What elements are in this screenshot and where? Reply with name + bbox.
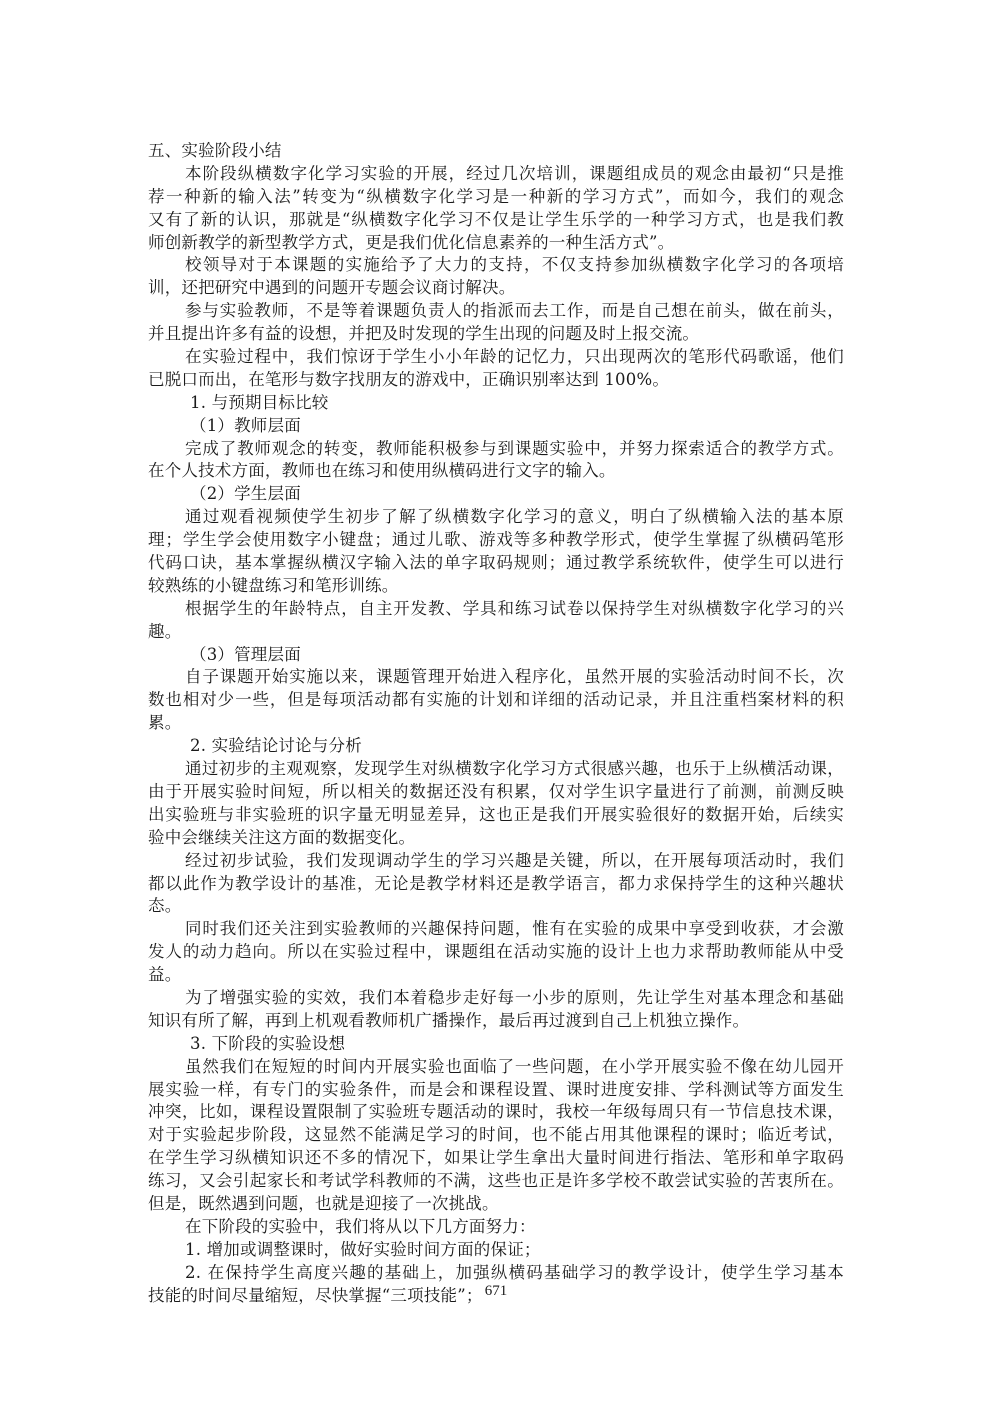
paragraph: 根据学生的年龄特点，自主开发教、学具和练习试卷以保持学生对纵横数字化学习的兴趣。 (148, 598, 844, 644)
text-line: 训，还把研究中遇到的问题开专题会议商讨解决。 (148, 277, 844, 300)
text-line: 验中会继续关注这方面的数据变化。 (148, 827, 844, 850)
list-item: 1. 增加或调整课时，做好实验时间方面的保证； (148, 1239, 844, 1262)
text-line: 已脱口而出，在笔形与数字找朋友的游戏中，正确识别率达到 100%。 (148, 369, 844, 392)
text-line: 但是，既然遇到问题，也就是迎接了一次挑战。 (148, 1193, 844, 1216)
text-line: 出实验班与非实验班的识字量无明显差异，这也正是我们开展实验很好的数据开始，后续实 (148, 804, 844, 827)
subsection-heading: 1. 与预期目标比较 (148, 392, 844, 415)
text-line: 在实验过程中，我们惊讶于学生小小年龄的记忆力，只出现两次的笔形代码歌谣，他们 (148, 346, 844, 369)
text-line: 累。 (148, 712, 844, 735)
paragraph: 通过观看视频使学生初步了解了纵横数字化学习的意义，明白了纵横输入法的基本原理；学… (148, 506, 844, 598)
paragraph: 在实验过程中，我们惊讶于学生小小年龄的记忆力，只出现两次的笔形代码歌谣，他们已脱… (148, 346, 844, 392)
text-line: 经过初步试验，我们发现调动学生的学习兴趣是关键，所以，在开展每项活动时，我们 (148, 850, 844, 873)
text-line: 2. 实验结论讨论与分析 (148, 735, 844, 758)
text-line: 为了增强实验的实效，我们本着稳步走好每一小步的原则，先让学生对基本理念和基础 (148, 987, 844, 1010)
text-line: 发人的动力趋向。所以在实验过程中，课题组在活动实施的设计上也力求帮助教师能从中受 (148, 941, 844, 964)
subsection-heading: 2. 实验结论讨论与分析 (148, 735, 844, 758)
text-line: 冲突，比如，课程设置限制了实验班专题活动的课时，我校一年级每周只有一节信息技术课… (148, 1101, 844, 1124)
text-line: 1. 与预期目标比较 (148, 392, 844, 415)
text-line: 1. 增加或调整课时，做好实验时间方面的保证； (148, 1239, 844, 1262)
section-heading: 五、实验阶段小结 (148, 140, 844, 163)
paragraph: 参与实验教师，不是等着课题负责人的指派而去工作，而是自己想在前头，做在前头，并且… (148, 300, 844, 346)
text-line: 荐一种新的输入法”转变为“纵横数字化学习是一种新的学习方式”，而如今，我们的观念 (148, 186, 844, 209)
text-line: 练习，又会引起家长和考试学科教师的不满，这些也正是许多学校不敢尝试实验的苦衷所在… (148, 1170, 844, 1193)
text-line: 趣。 (148, 621, 844, 644)
paragraph: 完成了教师观念的转变，教师能积极参与到课题实验中，并努力探索适合的教学方式。在个… (148, 438, 844, 484)
text-line: 虽然我们在短短的时间内开展实验也面临了一些问题，在小学开展实验不像在幼儿园开 (148, 1056, 844, 1079)
subsection-heading: （1）教师层面 (148, 415, 844, 438)
paragraph: 同时我们还关注到实验教师的兴趣保持问题，惟有在实验的成果中享受到收获，才会激发人… (148, 918, 844, 987)
paragraph: 虽然我们在短短的时间内开展实验也面临了一些问题，在小学开展实验不像在幼儿园开展实… (148, 1056, 844, 1216)
paragraph: 校领导对于本课题的实施给予了大力的支持，不仅支持参加纵横数字化学习的各项培训，还… (148, 254, 844, 300)
text-line: 校领导对于本课题的实施给予了大力的支持，不仅支持参加纵横数字化学习的各项培 (148, 254, 844, 277)
text-line: 师创新教学的新型教学方式，更是我们优化信息素养的一种生活方式”。 (148, 232, 844, 255)
text-line: 同时我们还关注到实验教师的兴趣保持问题，惟有在实验的成果中享受到收获，才会激 (148, 918, 844, 941)
paragraph: 本阶段纵横数字化学习实验的开展，经过几次培训，课题组成员的观念由最初“只是推荐一… (148, 163, 844, 255)
text-line: 展实验一样，有专门的实验条件，而是会和课程设置、课时进度安排、学科测试等方面发生 (148, 1079, 844, 1102)
text-line: （1）教师层面 (148, 415, 844, 438)
subsection-heading: 3. 下阶段的实验设想 (148, 1033, 844, 1056)
text-line: 自子课题开始实施以来，课题管理开始进入程序化，虽然开展的实验活动时间不长，次 (148, 666, 844, 689)
text-line: 本阶段纵横数字化学习实验的开展，经过几次培训，课题组成员的观念由最初“只是推 (148, 163, 844, 186)
text-line: 理；学生学会使用数字小键盘；通过儿歌、游戏等多种教学形式，使学生掌握了纵横码笔形 (148, 529, 844, 552)
text-line: 较熟练的小键盘练习和笔形训练。 (148, 575, 844, 598)
text-line: 都以此作为教学设计的基准，无论是教学材料还是教学语言，都力求保持学生的这种兴趣状 (148, 873, 844, 896)
text-line: 又有了新的认识，那就是“纵横数字化学习不仅是让学生乐学的一种学习方式，也是我们教 (148, 209, 844, 232)
paragraph: 经过初步试验，我们发现调动学生的学习兴趣是关键，所以，在开展每项活动时，我们都以… (148, 850, 844, 919)
subsection-heading: （3）管理层面 (148, 644, 844, 667)
text-line: 2. 在保持学生高度兴趣的基础上，加强纵横码基础学习的教学设计，使学生学习基本 (148, 1262, 844, 1285)
text-line: 对于实验起步阶段，这显然不能满足学习的时间，也不能占用其他课程的课时；临近考试， (148, 1124, 844, 1147)
text-line: 参与实验教师，不是等着课题负责人的指派而去工作，而是自己想在前头，做在前头， (148, 300, 844, 323)
paragraph: 在下阶段的实验中，我们将从以下几方面努力： (148, 1216, 844, 1239)
text-line: （3）管理层面 (148, 644, 844, 667)
text-line: 在个人技术方面，教师也在练习和使用纵横码进行文字的输入。 (148, 460, 844, 483)
text-line: 通过初步的主观观察，发现学生对纵横数字化学习方式很感兴趣，也乐于上纵横活动课， (148, 758, 844, 781)
text-line: 根据学生的年龄特点，自主开发教、学具和练习试卷以保持学生对纵横数字化学习的兴 (148, 598, 844, 621)
text-line: 代码口诀，基本掌握纵横汉字输入法的单字取码规则；通过教学系统软件，使学生可以进行 (148, 552, 844, 575)
paragraph: 自子课题开始实施以来，课题管理开始进入程序化，虽然开展的实验活动时间不长，次数也… (148, 666, 844, 735)
text-line: 由于开展实验时间短，所以相关的数据还没有积累，仅对学生识字量进行了前测，前测反映 (148, 781, 844, 804)
text-line: 数也相对少一些，但是每项活动都有实施的计划和详细的活动记录，并且注重档案材料的积 (148, 689, 844, 712)
page-number: 671 (0, 1283, 992, 1300)
text-line: 五、实验阶段小结 (148, 140, 844, 163)
text-line: 在下阶段的实验中，我们将从以下几方面努力： (148, 1216, 844, 1239)
text-line: 并且提出许多有益的设想，并把及时发现的学生出现的问题及时上报交流。 (148, 323, 844, 346)
text-line: 在学生学习纵横知识还不多的情况下，如果让学生拿出大量时间进行指法、笔形和单字取码 (148, 1147, 844, 1170)
text-line: 态。 (148, 895, 844, 918)
subsection-heading: （2）学生层面 (148, 483, 844, 506)
text-line: （2）学生层面 (148, 483, 844, 506)
paragraph: 通过初步的主观观察，发现学生对纵横数字化学习方式很感兴趣，也乐于上纵横活动课，由… (148, 758, 844, 850)
paragraph: 为了增强实验的实效，我们本着稳步走好每一小步的原则，先让学生对基本理念和基础知识… (148, 987, 844, 1033)
text-line: 益。 (148, 964, 844, 987)
text-line: 通过观看视频使学生初步了解了纵横数字化学习的意义，明白了纵横输入法的基本原 (148, 506, 844, 529)
document-body: 五、实验阶段小结本阶段纵横数字化学习实验的开展，经过几次培训，课题组成员的观念由… (148, 140, 844, 1307)
text-line: 3. 下阶段的实验设想 (148, 1033, 844, 1056)
text-line: 知识有所了解，再到上机观看教师机广播操作，最后再过渡到自己上机独立操作。 (148, 1010, 844, 1033)
text-line: 完成了教师观念的转变，教师能积极参与到课题实验中，并努力探索适合的教学方式。 (148, 438, 844, 461)
